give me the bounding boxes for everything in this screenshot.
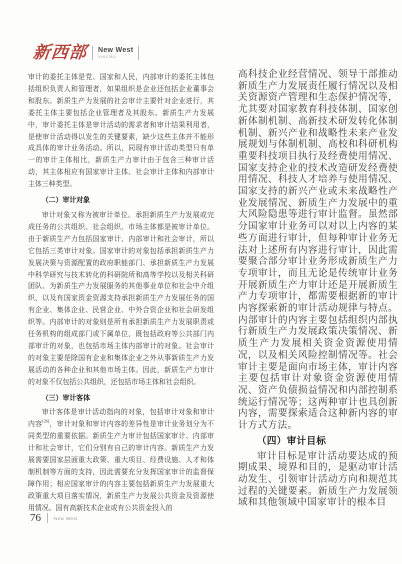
paragraph-audit-goal: 审计目标是审计活动要达成的预期成果、境界和目的，是驱动审计活动发生、引领审计活动… (238, 452, 398, 511)
page-footer: 76 New West (30, 512, 78, 524)
logo-divider (138, 46, 139, 60)
section-heading-audit-client: （三）审计客体 (28, 393, 214, 405)
left-column: 审计的委托主体是党、国家和人民，内部审计的委托主体包括组织负责人和管理者，如果组… (28, 72, 214, 515)
logo-divider (92, 46, 93, 60)
paragraph-audit-client: 审计客体是审计活动指向的对象，包括审计对象和审计内容[26]，审计对象和审计内容… (28, 407, 214, 514)
paragraph-audit-client-continued: 高科技企业经营情况、领导干部推动新质生产力发展责任履行情况以及相关资源资产管理和… (238, 70, 398, 433)
logo-english-wordmark: New West (98, 47, 133, 55)
section-heading-audit-object: （二）审计对象 (28, 195, 214, 207)
footer-divider (47, 513, 48, 523)
paragraph-audit-commission-subject: 审计的委托主体是党、国家和人民，内部审计的委托主体包括组织负责人和管理者，如果组… (28, 72, 214, 191)
paragraph-text-after-citation: ，审计对象和审计内容的差异性是审计业务划分为不同类型的重要依据。新质生产力审计包… (28, 421, 214, 511)
journal-logo: 新西部 New West XINXIBU (33, 42, 139, 64)
logo-chinese-wordmark: 新西部 (32, 43, 88, 63)
page-number: 76 (30, 512, 41, 524)
right-column: 高科技企业经营情况、领导干部推动新质生产力发展责任履行情况以及相关资源资产管理和… (238, 70, 398, 510)
paragraph-audit-object: 审计对象又称为被审计单位。承担新质生产力发展或完成任务的公共组织、社会组织、市场… (28, 210, 214, 389)
logo-english-block: New West XINXIBU (98, 47, 133, 60)
logo-subtext: XINXIBU (98, 55, 133, 60)
footer-journal-name: New West (54, 516, 78, 521)
document-page: 新西部 New West XINXIBU 审计的委托主体是党、国家和人民，内部审… (0, 0, 402, 564)
section-heading-audit-goal: （四）审计目标 (238, 437, 398, 449)
